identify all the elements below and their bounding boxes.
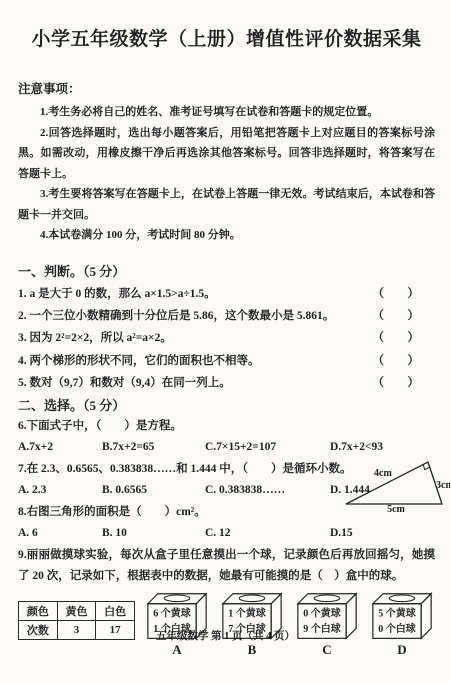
box-line1: 1 个黄球 (228, 606, 265, 619)
option-c: C. 0.383838…… (205, 480, 330, 501)
judgment-item-4: 4. 两个梯形的形状不同，它们的面积也不相等。 （ ） (18, 350, 435, 372)
answer-blank: （ ） (373, 327, 436, 349)
table-row: 颜色 黄色 白色 (19, 601, 135, 620)
box-label: B (219, 643, 285, 657)
section2-heading: 二、选择。（5 分） (18, 397, 435, 415)
judgment-list: 1. a 是大于 0 的数，那么 a×1.5>a÷1.5。 （ ） 2. 一个三… (18, 283, 435, 395)
notice-item-3: 3.考生要将答案写在答题卡上，在试卷上答题一律无效。考试结束后，本试卷和答题卡一… (18, 184, 435, 225)
box-line1: 5 个黄球 (378, 606, 416, 619)
judgment-item-2: 2. 一个三位小数精确到十分位后是 5.86，这个数最小是 5.861。 （ ） (18, 305, 435, 327)
answer-blank: （ ） (373, 350, 436, 372)
notices-heading: 注意事项： (18, 81, 435, 97)
notice-item-1: 1.考生务必将自己的姓名、准考证号填写在试卷和答题卡的规定位置。 (18, 102, 435, 123)
page-footer: 五年级数学 第 1 页（共 4 页） (0, 628, 451, 643)
table-cell: 颜色 (19, 601, 58, 620)
answer-blank: （ ） (373, 283, 436, 305)
triangle-side-top-label: 4cm (374, 468, 392, 479)
triangle-side-right-label: 3cm (436, 480, 450, 491)
ball-box-d: 5 个黄球 0 个白球 D (369, 591, 435, 657)
answer-blank: （ ） (373, 372, 436, 394)
option-c: C.7×15+2=107 (205, 437, 330, 458)
judgment-item-text: 3. 因为 2²=2×2，所以 a²=a×2。 (18, 327, 172, 349)
box-label: D (369, 643, 435, 657)
question-9-text: 9.丽丽做摸球实验，每次从盒子里任意摸出一个球，记录颜色后再放回摇匀，她摸了 2… (18, 545, 435, 587)
judgment-item-text: 4. 两个梯形的形状不同，它们的面积也不相等。 (18, 350, 260, 372)
judgment-item-3: 3. 因为 2²=2×2，所以 a²=a×2。 （ ） (18, 327, 435, 349)
option-b: B. 0.6565 (102, 480, 205, 501)
hole-ellipse (239, 595, 265, 602)
table-cell: 黄色 (57, 601, 96, 620)
judgment-item-text: 1. a 是大于 0 的数，那么 a×1.5>a÷1.5。 (18, 283, 216, 305)
box-line1: 6 个黄球 (153, 606, 191, 619)
box-label: A (144, 643, 210, 657)
triangle-side-bottom-label: 5cm (387, 504, 405, 513)
section1-heading: 一、判断。（5 分） (18, 263, 435, 281)
option-b: B. 10 (102, 523, 205, 544)
option-a: A.7x+2 (18, 437, 102, 458)
ball-box-b: 1 个黄球 7 个白球 B (219, 591, 285, 657)
hole-ellipse (164, 595, 190, 602)
box-line1: 0 个黄球 (303, 606, 341, 619)
option-c: C. 12 (205, 523, 330, 544)
question-8-options: A. 6 B. 10 C. 12 D.15 (18, 523, 435, 544)
judgment-item-5: 5. 数对（9,7）和数对（9,4）在同一列上。 （ ） (18, 372, 435, 394)
option-d: D.15 (330, 523, 435, 544)
judgment-item-text: 2. 一个三位小数精确到十分位后是 5.86，这个数最小是 5.861。 (18, 305, 334, 327)
answer-blank: （ ） (373, 305, 436, 327)
ball-box-c: 0 个黄球 9 个白球 C (294, 591, 360, 657)
notice-item-2: 2.回答选择题时，选出每小题答案后，用铅笔把答题卡上对应题目的答案标号涂黑。如需… (18, 123, 435, 185)
ball-box-a: 6 个黄球 1 个白球 A (144, 591, 210, 657)
triangle-figure: 4cm 3cm 5cm (344, 455, 450, 513)
judgment-item-text: 5. 数对（9,7）和数对（9,4）在同一列上。 (18, 372, 231, 394)
hole-ellipse (314, 595, 340, 602)
option-b: B.7x+2=65 (102, 437, 205, 458)
question-6-text: 6.下面式子中，（ ）是方程。 (18, 416, 435, 437)
table-cell: 白色 (96, 601, 135, 620)
option-a: A. 6 (18, 523, 102, 544)
question-9-figures: 颜色 黄色 白色 次数 3 17 6 个黄球 1 个白球 A (18, 591, 435, 657)
notice-item-4: 4.本试卷满分 100 分，考试时间 80 分钟。 (18, 225, 435, 246)
judgment-item-1: 1. a 是大于 0 的数，那么 a×1.5>a÷1.5。 （ ） (18, 283, 435, 305)
hole-ellipse (389, 595, 415, 602)
page-title: 小学五年级数学（上册）增值性评价数据采集 (18, 27, 435, 52)
box-label: C (294, 643, 360, 657)
exam-page: 小学五年级数学（上册）增值性评价数据采集 注意事项： 1.考生务必将自己的姓名、… (0, 0, 451, 683)
option-a: A. 2.3 (18, 480, 102, 501)
